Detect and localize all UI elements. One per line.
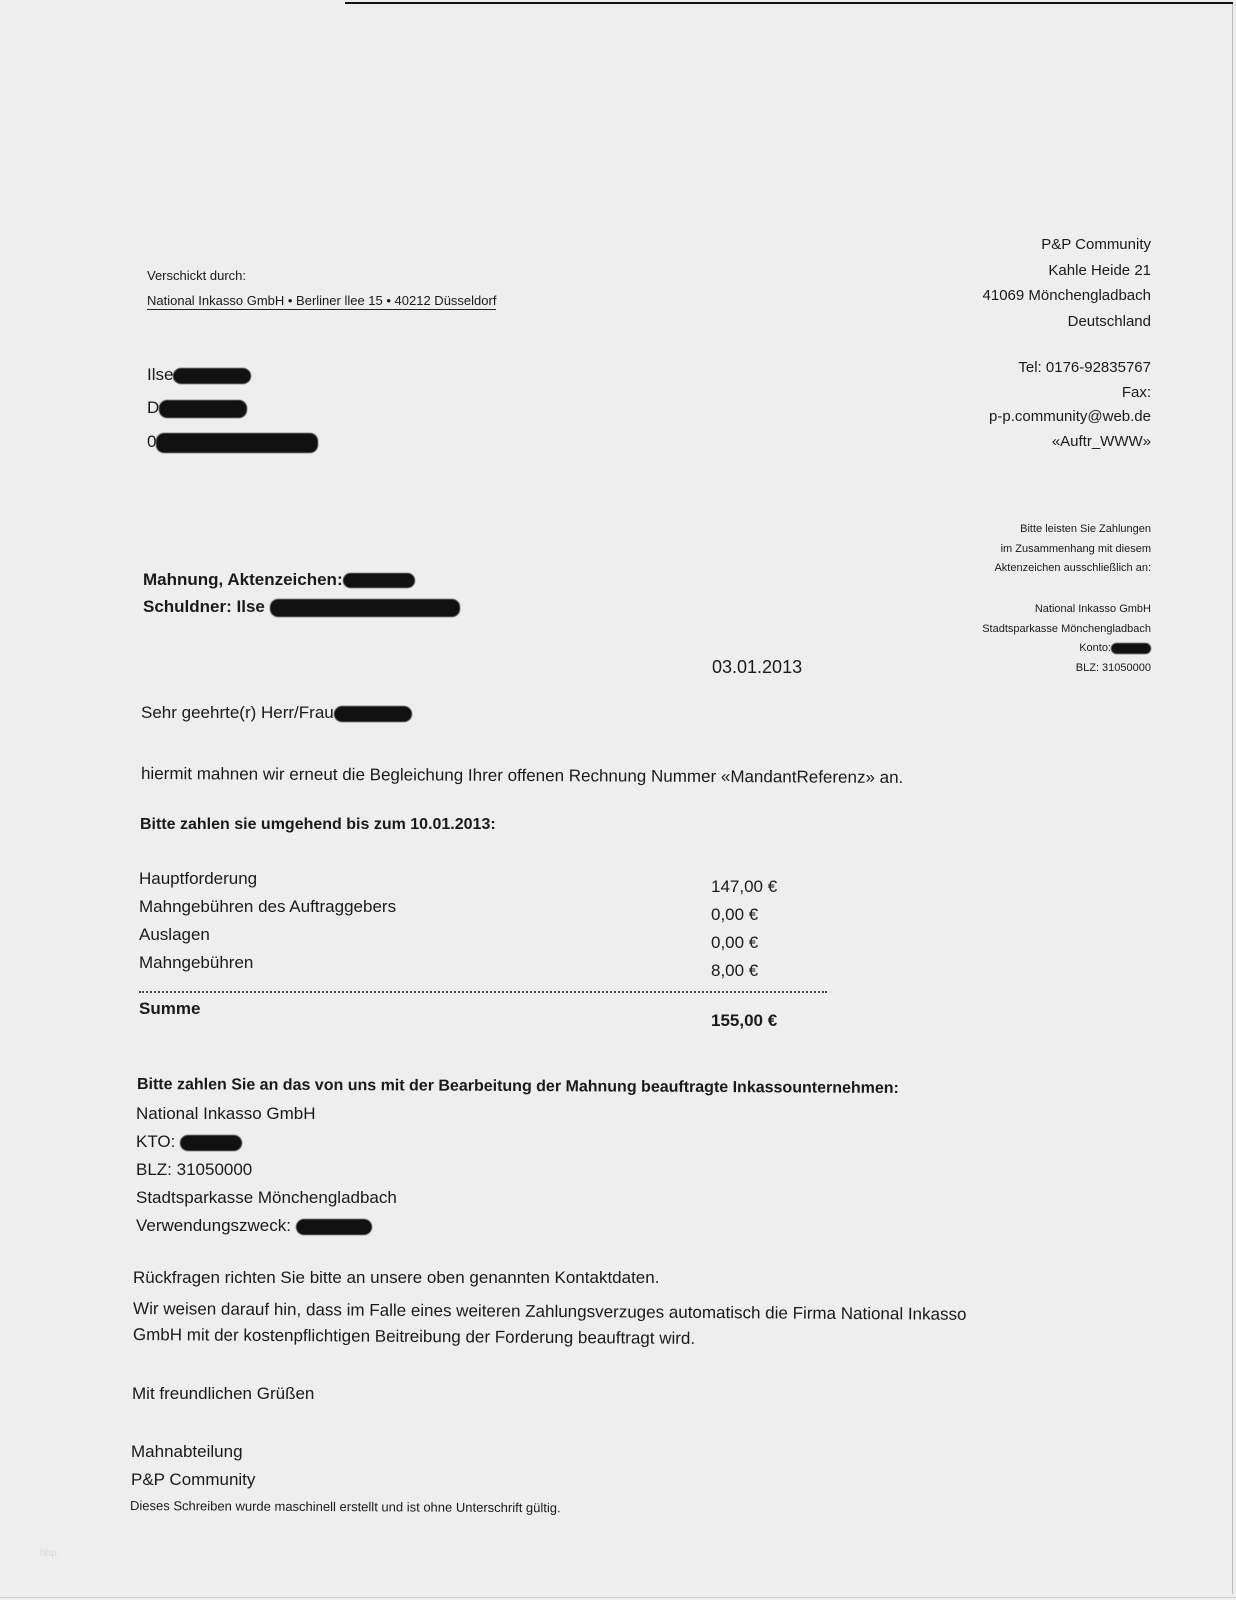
company-tel: Tel: 0176-92835767 [989,356,1151,381]
redaction-mark [159,400,247,418]
fee-amount: 8,00 € [711,961,758,981]
payment-notice-line3: Aktenzeichen ausschließlich an: [994,559,1151,579]
closing-line-1: Rückfragen richten Sie bitte an unsere o… [133,1268,659,1288]
company-www: «Auftr_WWW» [989,430,1151,455]
sum-row: Summe 155,00 € [139,999,829,1033]
company-fax: Fax: [989,381,1151,406]
payment-notice-line1: Bitte leisten Sie Zahlungen [994,520,1151,540]
watermark: http: [40,1548,59,1559]
fee-label: Mahngebühren [139,953,253,973]
fee-amount: 0,00 € [711,905,758,925]
bank-purpose: Verwendungszweck: [136,1212,397,1240]
scan-edge-right [1232,4,1233,1594]
scan-edge-bottom [0,1597,1236,1598]
sum-label: Summe [139,999,200,1019]
recipient-street-text: D [147,398,159,417]
sender-address: National Inkasso GmbH • Berliner llee 15… [147,293,496,310]
fee-row: Auslagen 0,00 € [139,925,829,953]
recipient-city: 0 [147,432,318,453]
subject-reference-label: Mahnung, Aktenzeichen: [143,570,343,589]
recipient-city-text: 0 [147,432,156,451]
payment-notice-bank: Stadtsparkasse Mönchengladbach [982,620,1151,640]
redaction-mark [270,599,460,617]
company-address: P&P Community Kahle Heide 21 41069 Mönch… [983,232,1151,334]
bank-details: National Inkasso GmbH KTO: BLZ: 31050000… [136,1100,397,1240]
kto-label: KTO: [136,1132,175,1151]
salutation-text: Sehr geehrte(r) Herr/Frau [141,703,334,722]
company-name: P&P Community [983,232,1151,258]
payment-notice-konto: Konto: [982,639,1151,659]
company-contact: Tel: 0176-92835767 Fax: p-p.community@we… [989,356,1151,454]
payment-notice: Bitte leisten Sie Zahlungen im Zusammenh… [994,520,1151,579]
subject-reference: Mahnung, Aktenzeichen: [143,566,460,593]
signature: Mahnabteilung P&P Community [131,1438,255,1494]
redaction-mark [1111,643,1151,654]
intro-paragraph: hiermit mahnen wir erneut die Begleichun… [141,764,903,788]
bank-account: KTO: [136,1128,397,1156]
signature-department: Mahnabteilung [131,1438,255,1466]
regards: Mit freundlichen Grüßen [132,1384,314,1404]
redaction-mark [156,433,318,453]
company-email: p-p.community@web.de [989,405,1151,430]
recipient-name: Ilse [147,365,251,385]
fee-amount: 0,00 € [711,933,758,953]
fee-row: Mahngebühren des Auftraggebers 0,00 € [139,897,829,925]
fee-row: Mahngebühren 8,00 € [139,953,829,981]
bank-company: National Inkasso GmbH [136,1100,397,1128]
bank-name: Stadtsparkasse Mönchengladbach [136,1184,397,1212]
fee-label: Mahngebühren des Auftraggebers [139,897,396,917]
payment-notice-bank: National Inkasso GmbH Stadtsparkasse Mön… [982,600,1151,678]
subject-debtor: Schuldner: Ilse [143,593,460,620]
closing-notice: Wir weisen darauf hin, dass im Falle ein… [133,1296,967,1354]
payment-notice-blz: BLZ: 31050000 [982,659,1151,679]
payment-deadline: Bitte zahlen sie umgehend bis zum 10.01.… [140,816,496,834]
bank-blz: BLZ: 31050000 [136,1156,397,1184]
redaction-mark [334,706,412,722]
company-country: Deutschland [983,309,1151,335]
payment-notice-bank-name: National Inkasso GmbH [982,600,1151,620]
recipient-name-text: Ilse [147,365,173,384]
bank-details-heading: Bitte zahlen Sie an das von uns mit der … [137,1076,899,1098]
redaction-mark [173,368,251,384]
recipient-street: D [147,398,247,418]
purpose-label: Verwendungszweck: [136,1216,291,1235]
salutation: Sehr geehrte(r) Herr/Frau [141,703,412,723]
fees-table: Hauptforderung 147,00 € Mahngebühren des… [139,869,829,1033]
sum-amount: 155,00 € [711,1011,777,1031]
letter-date: 03.01.2013 [712,657,802,678]
subject-debtor-label: Schuldner: Ilse [143,597,265,616]
fee-row: Hauptforderung 147,00 € [139,869,829,897]
letter-subject: Mahnung, Aktenzeichen: Schuldner: Ilse [143,566,460,620]
sender-label: Verschickt durch: [147,268,246,283]
company-city: 41069 Mönchengladbach [983,283,1151,309]
company-street: Kahle Heide 21 [983,258,1151,284]
redaction-mark [296,1219,372,1235]
disclaimer: Dieses Schreiben wurde maschinell erstel… [130,1498,561,1515]
scan-edge-top [345,2,1233,4]
konto-label: Konto: [1079,642,1111,654]
fee-label: Hauptforderung [139,869,257,889]
fee-label: Auslagen [139,925,210,945]
dotted-divider [139,985,827,993]
payment-notice-line2: im Zusammenhang mit diesem [994,540,1151,560]
redaction-mark [343,573,415,588]
redaction-mark [180,1135,242,1151]
signature-company: P&P Community [131,1466,255,1494]
fee-amount: 147,00 € [711,877,777,897]
